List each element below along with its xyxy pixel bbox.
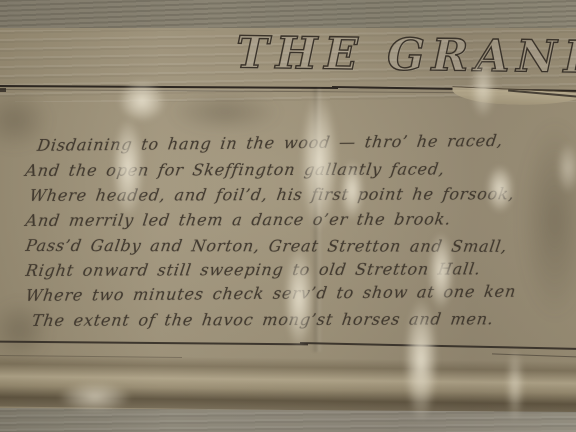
poem-line: And merrily led them a dance o’er the br…	[24, 206, 557, 233]
white-stain	[506, 348, 524, 422]
white-stain	[284, 246, 314, 350]
poem-line: And the open for Skeffington gallantly f…	[24, 156, 557, 183]
poem-line: Where headed, and foil’d, his first poin…	[24, 181, 557, 208]
white-stain	[340, 160, 364, 220]
white-stain	[556, 142, 576, 194]
poem-line: Disdaining to hang in the wood — thro’ h…	[24, 127, 558, 158]
white-stain	[486, 165, 514, 213]
white-stain	[300, 92, 338, 232]
photograph-of-engraved-print: THE GRAND Disdaining to hang in the wood…	[0, 0, 576, 432]
white-stain	[58, 382, 132, 412]
print-title: THE GRAND	[236, 31, 576, 80]
white-stain	[118, 80, 166, 122]
shadow-patch	[170, 92, 280, 132]
white-stain	[428, 232, 454, 310]
white-stain	[470, 58, 496, 118]
white-stain	[404, 298, 438, 422]
left-edge-tick	[0, 88, 6, 92]
white-stain	[112, 118, 144, 218]
